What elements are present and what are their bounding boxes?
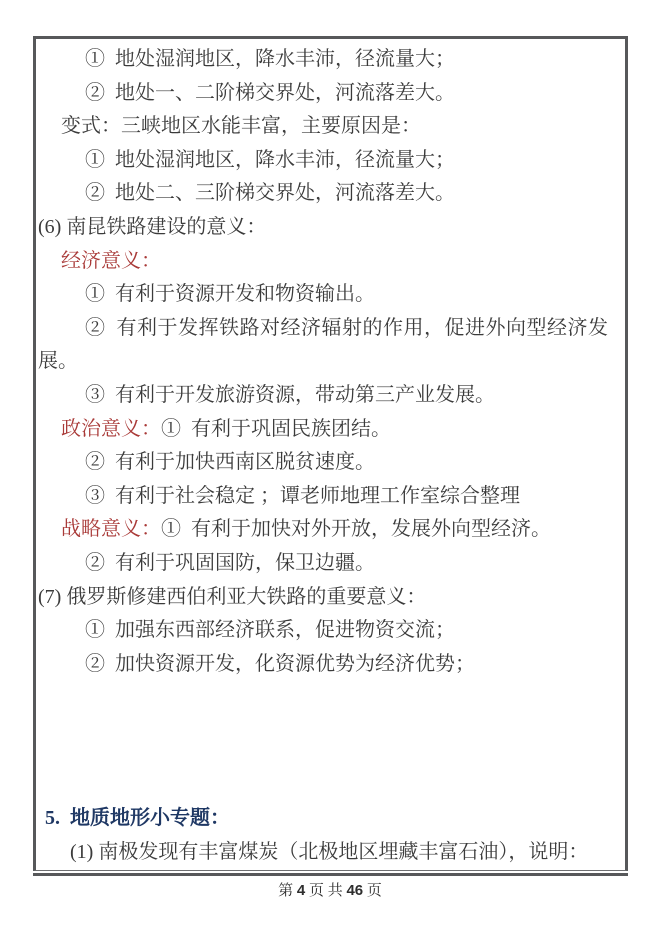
text-line: (7) 俄罗斯修建西伯利亚大铁路的重要意义： [36,581,625,615]
text-line: ② 加快资源开发，化资源优势为经济优势； [36,648,625,682]
text-line: ① 地处湿润地区，降水丰沛，径流量大； [36,144,625,178]
line-text: (6) 南昆铁路建设的意义： [38,216,266,238]
line-text: ③ 有利于开发旅游资源，带动第三产业发展。 [85,384,495,406]
line-text: ② 地处二、三阶梯交界处，河流落差大。 [85,182,455,204]
text-line: 政治意义：① 有利于巩固民族团结。 [36,413,625,447]
text-line: 展。 [36,345,625,379]
meaning-label-strategic: 战略意义： [61,518,161,540]
footer-page-number: 4 [297,882,305,899]
footer-prefix: 第 [278,883,297,899]
line-text: 变式：三峡地区水能丰富，主要原因是： [61,115,421,137]
meaning-label-economic: 经济意义： [61,250,161,272]
line-text: ② 有利于加快西南区脱贫速度。 [85,451,375,473]
text-line: 变式：三峡地区水能丰富，主要原因是： [36,110,625,144]
line-text: ② 有利于发挥铁路对经济辐射的作用，促进外向型经济发 [85,317,609,339]
footer-suffix: 页 [363,883,382,899]
text-line: 经济意义： [36,245,625,279]
footer-total-pages: 46 [346,882,363,899]
text-line: 战略意义：① 有利于加快对外开放，发展外向型经济。 [36,513,625,547]
text-line: ② 地处二、三阶梯交界处，河流落差大。 [36,177,625,211]
text-line: ① 加强东西部经济联系，促进物资交流； [36,614,625,648]
text-line: (6) 南昆铁路建设的意义： [36,211,625,245]
text-line: ③ 有利于社会稳定 ；谭老师地理工作室综合整理 [36,480,625,514]
section-heading-text: 5. 地质地形小专题： [45,807,230,829]
line-text: ② 加快资源开发，化资源优势为经济优势； [85,653,475,675]
document-page: ① 地处湿润地区，降水丰沛，径流量大； ② 地处一、二阶梯交界处，河流落差大。 … [0,0,660,934]
line-text: (7) 俄罗斯修建西伯利亚大铁路的重要意义： [38,586,426,608]
text-line: ② 地处一、二阶梯交界处，河流落差大。 [36,77,625,111]
line-text: ② 有利于巩固国防，保卫边疆。 [85,552,375,574]
meaning-label-political: 政治意义： [61,418,161,440]
line-text: ② 地处一、二阶梯交界处，河流落差大。 [85,82,455,104]
page-border-box: ① 地处湿润地区，降水丰沛，径流量大； ② 地处一、二阶梯交界处，河流落差大。 … [33,36,628,871]
footer-mid: 页 共 [305,883,346,899]
text-line: ③ 有利于开发旅游资源，带动第三产业发展。 [36,379,625,413]
line-text: 展。 [38,350,78,372]
page-footer: 第 4 页 共 46 页 [0,879,660,900]
line-text: ① 加强东西部经济联系，促进物资交流； [85,619,455,641]
text-line: ② 有利于巩固国防，保卫边疆。 [36,547,625,581]
line-text: ① 地处湿润地区，降水丰沛，径流量大； [85,48,455,70]
text-line: ① 地处湿润地区，降水丰沛，径流量大； [36,43,625,77]
line-text: ① 有利于加快对外开放，发展外向型经济。 [161,518,551,540]
section-heading: 5. 地质地形小专题： [36,802,625,836]
text-line: ② 有利于加快西南区脱贫速度。 [36,446,625,480]
text-line: (1) 南极发现有丰富煤炭（北极地区埋藏丰富石油），说明： [36,836,625,870]
line-text: ① 地处湿润地区，降水丰沛，径流量大； [85,149,455,171]
text-line: ① 有利于资源开发和物资输出。 [36,278,625,312]
line-text: ③ 有利于社会稳定 ；谭老师地理工作室综合整理 [85,485,520,507]
blank-space [36,681,625,802]
line-text: (1) 南极发现有丰富煤炭（北极地区埋藏丰富石油），说明： [70,841,588,863]
text-line: ② 有利于发挥铁路对经济辐射的作用，促进外向型经济发 [36,312,625,346]
line-text: ① 有利于资源开发和物资输出。 [85,283,375,305]
line-text: ① 有利于巩固民族团结。 [161,418,391,440]
